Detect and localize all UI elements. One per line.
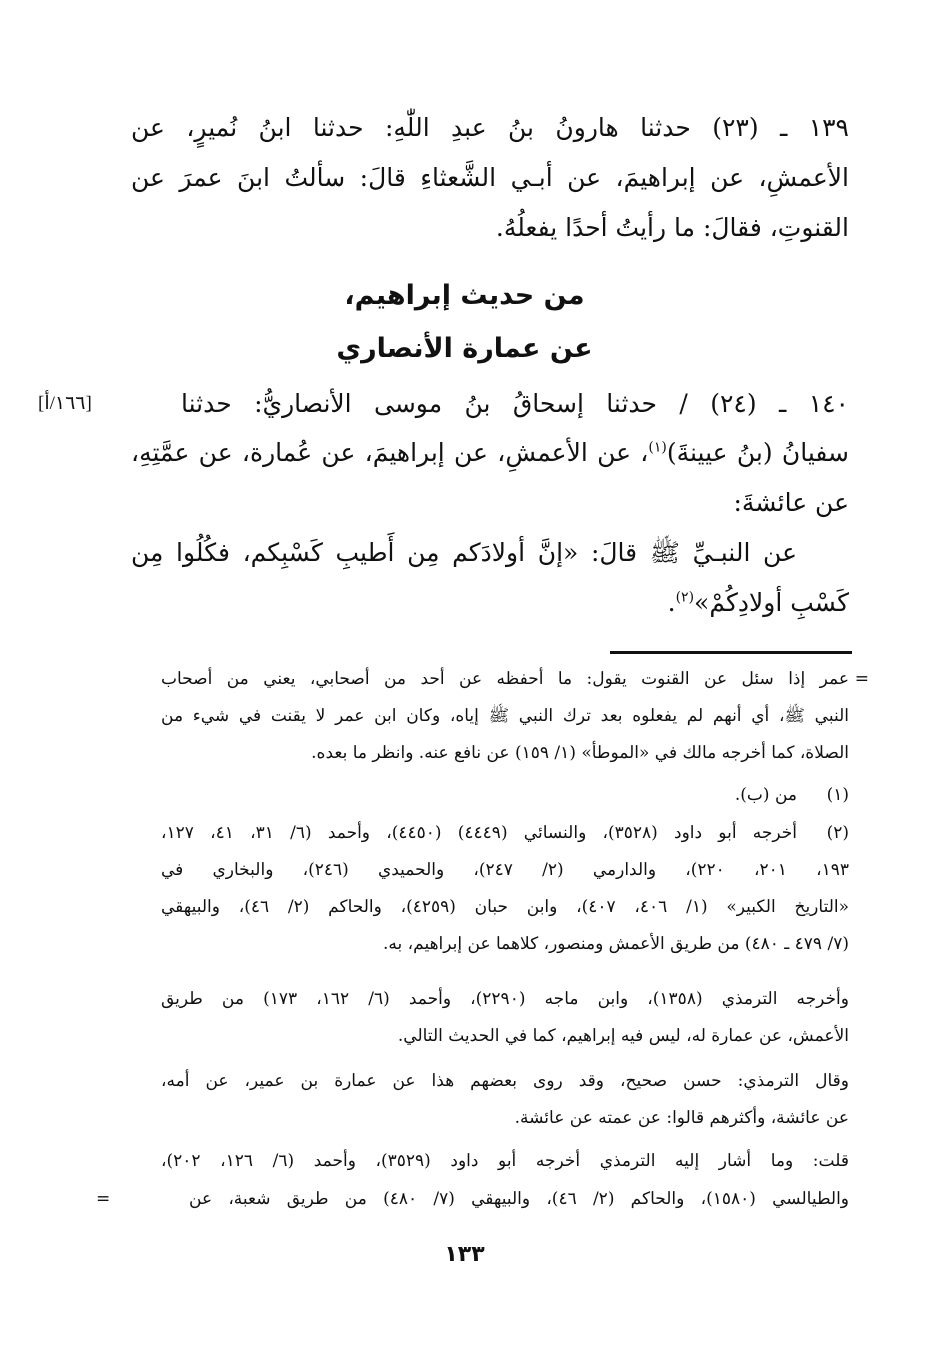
footnote-2-line-4: (٧/ ٤٧٩ ـ ٤٨٠) من طريق الأعمش ومنصور، كل… — [161, 933, 849, 955]
footnote-2-line-1: أخرجه أبو داود (٣٥٢٨)، والنسائي (٤٤٤٩) (… — [161, 822, 797, 844]
end-continuation-mark: = — [96, 1188, 110, 1210]
footnote-1-number: (١) — [827, 784, 849, 806]
book-page: ١٣٩ ـ (٢٣) حدثنا هارونُ بنُ عبدِ اللّٰهِ… — [0, 0, 929, 1372]
page-number: ١٣٣ — [0, 1240, 929, 1270]
footnote-2-line-10: والطيالسي (١٥٨٠)، والحاكم (٢/ ٤٦)، والبي… — [189, 1188, 849, 1210]
hadith-140-line-2: سفيانُ (بنُ عيينةَ)(١)، عن الأعمشِ، عن إ… — [131, 438, 849, 468]
footnote-separator — [610, 651, 852, 654]
footnote-2-line-7: وقال الترمذي: حسن صحيح، وقد روى بعضهم هذ… — [161, 1070, 849, 1092]
footnote-2-line-8: عن عائشة، وأكثرهم قالوا: عن عمته عن عائش… — [161, 1107, 849, 1129]
footnote-2-line-3: «التاريخ الكبير» (١/ ٤٠٦، ٤٠٧)، وابن حبا… — [161, 896, 849, 918]
footnote-2-line-9: قلت: وما أشار إليه الترمذي أخرجه أبو داو… — [161, 1150, 849, 1172]
hadith-140-text: كَسْبِ أولادِكُمْ» — [694, 588, 849, 617]
footnote-ref-1[interactable]: (١) — [648, 440, 666, 456]
footnote-continuation-line-1: عمر إذا سئل عن القنوت يقول: ما أحفظه عن … — [161, 668, 849, 690]
continuation-mark: = — [855, 668, 869, 690]
section-heading-line-2: عن عمارة الأنصاري — [0, 332, 929, 366]
hadith-140-line-4: عن النبـيِّ ﷺ قالَ: «إنَّ أولادَكم مِن أ… — [131, 538, 849, 568]
hadith-140-line-5: كَسْبِ أولادِكُمْ»(٢). — [131, 588, 849, 618]
hadith-140-line-3: عن عائشةَ: — [131, 488, 849, 518]
manuscript-folio-note: [١٦٦/أ] — [38, 391, 92, 417]
footnote-continuation-line-3: الصلاة، كما أخرجه مالك في «الموطأ» (١/ ١… — [161, 742, 849, 764]
footnote-2-line-5: وأخرجه الترمذي (١٣٥٨)، وابن ماجه (٢٢٩٠)،… — [161, 988, 849, 1010]
footnote-2-line-6: الأعمش، عن عمارة له، ليس فيه إبراهيم، كم… — [161, 1025, 849, 1047]
footnote-2-number: (٢) — [827, 822, 849, 844]
hadith-139-line-3: القنوتِ، فقالَ: ما رأيتُ أحدًا يفعلُهُ. — [131, 213, 849, 243]
section-heading-line-1: من حديث إبراهيم، — [0, 279, 929, 313]
hadith-140-text: ، عن الأعمشِ، عن إبراهيمَ، عن عُمارة، عن… — [131, 438, 648, 467]
footnote-continuation-line-2: النبي ﷺ، أي أنهم لم يفعلوه بعد ترك النبي… — [161, 705, 849, 727]
hadith-139-line-1: ١٣٩ ـ (٢٣) حدثنا هارونُ بنُ عبدِ اللّٰهِ… — [131, 113, 849, 143]
footnote-2-line-2: ١٩٣، ٢٠١، ٢٢٠)، والدارمي (٢/ ٢٤٧)، والحم… — [161, 859, 849, 881]
hadith-140-text: سفيانُ (بنُ عيينةَ) — [667, 438, 849, 467]
hadith-140-line-1: ١٤٠ ـ (٢٤) / حدثنا إسحاقُ بنُ موسى الأنص… — [181, 389, 849, 419]
hadith-139-line-2: الأعمشِ، عن إبراهيمَ، عن أبـي الشَّعثاءِ… — [131, 163, 849, 193]
footnote-1-text: من (ب). — [161, 784, 797, 806]
hadith-140-text: . — [668, 588, 676, 617]
footnote-ref-2[interactable]: (٢) — [676, 590, 694, 606]
